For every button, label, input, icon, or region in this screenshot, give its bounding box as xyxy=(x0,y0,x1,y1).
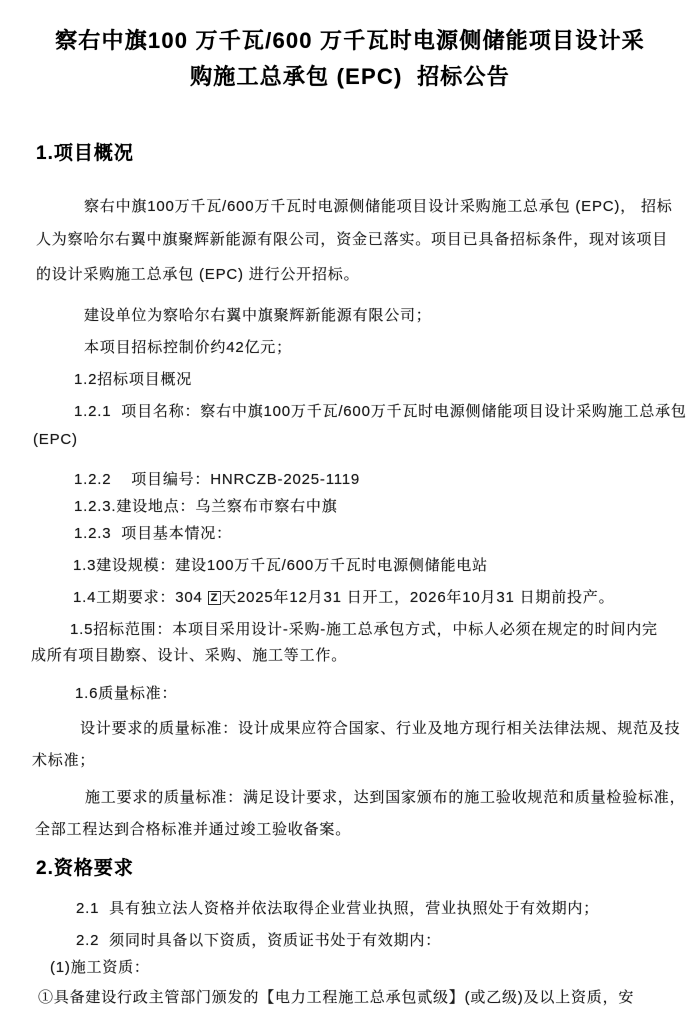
section-2-heading: 2.资格要求 xyxy=(36,853,134,880)
duration-line: 1.4工期要求：304 Z天2025年12月31 日开工，2026年10月31 … xyxy=(73,588,614,608)
construction-scale-line: 1.3建设规模：建设100万千瓦/600万千瓦时电源侧储能电站 xyxy=(73,556,488,576)
project-basic-info-line: 1.2.3 项目基本情况： xyxy=(74,524,232,544)
boxed-z-glyph: Z xyxy=(208,591,222,605)
document-title-line-2: 购施工总承包 (EPC) 招标公告 xyxy=(0,60,700,91)
duration-prefix: 1.4工期要求：304 xyxy=(73,589,208,606)
duration-suffix: 天2025年12月31 日开工，2026年10月31 日期前投产。 xyxy=(221,589,614,606)
design-quality-line-2: 术标准； xyxy=(32,751,95,771)
tender-announcement-document: 察右中旗100 万千瓦/600 万千瓦时电源侧储能项目设计采 购施工总承包 (E… xyxy=(0,0,700,1034)
qualification-item-2-2: 2.2 须同时具备以下资质，资质证书处于有效期内： xyxy=(76,931,441,951)
project-name-line-2: (EPC) xyxy=(33,430,78,450)
bid-scope-line-1: 1.5招标范围：本项目采用设计-采购-施工总承包方式，中标人必须在规定的时间内完 xyxy=(70,620,658,640)
qualification-item-2-1: 2.1 具有独立法人资格并依法取得企业营业执照，营业执照处于有效期内； xyxy=(76,899,599,919)
project-number-line: 1.2.2 项目编号：HNRCZB-2025-1119 xyxy=(74,470,360,490)
construction-qualification-label: (1)施工资质： xyxy=(50,958,150,978)
construction-quality-line-2: 全部工程达到合格标准并通过竣工验收备案。 xyxy=(35,820,351,840)
construction-unit-line: 建设单位为察哈尔右翼中旗聚辉新能源有限公司； xyxy=(84,306,432,326)
overview-subheading: 1.2招标项目概况 xyxy=(74,370,192,390)
design-quality-line-1: 设计要求的质量标准：设计成果应符合国家、行业及地方现行相关法律法规、规范及技 xyxy=(80,719,680,739)
project-name-line-1: 1.2.1 项目名称：察右中旗100万千瓦/600万千瓦时电源侧储能项目设计采购… xyxy=(74,402,687,422)
intro-paragraph-line-1: 察右中旗100万千瓦/600万千瓦时电源侧储能项目设计采购施工总承包 (EPC)… xyxy=(84,197,673,217)
qualification-detail-line: ①具备建设行政主管部门颁发的【电力工程施工总承包贰级】(或乙级)及以上资质，安 xyxy=(38,988,634,1008)
section-1-heading: 1.项目概况 xyxy=(36,138,134,165)
document-title-line-1: 察右中旗100 万千瓦/600 万千瓦时电源侧储能项目设计采 xyxy=(0,24,700,55)
control-price-line: 本项目招标控制价约42亿元； xyxy=(84,338,292,358)
intro-paragraph-line-2: 人为察哈尔右翼中旗聚辉新能源有限公司，资金已落实。项目已具备招标条件，现对该项目 xyxy=(36,230,668,250)
construction-quality-line-1: 施工要求的质量标准：满足设计要求，达到国家颁布的施工验收规范和质量检验标准， xyxy=(85,788,685,808)
project-location-line: 1.2.3.建设地点：乌兰察布市察右中旗 xyxy=(74,497,338,517)
quality-standard-heading: 1.6质量标准： xyxy=(75,684,177,704)
bid-scope-line-2: 成所有项目勘察、设计、采购、施工等工作。 xyxy=(31,646,347,666)
intro-paragraph-line-3: 的设计采购施工总承包 (EPC) 进行公开招标。 xyxy=(36,265,359,285)
